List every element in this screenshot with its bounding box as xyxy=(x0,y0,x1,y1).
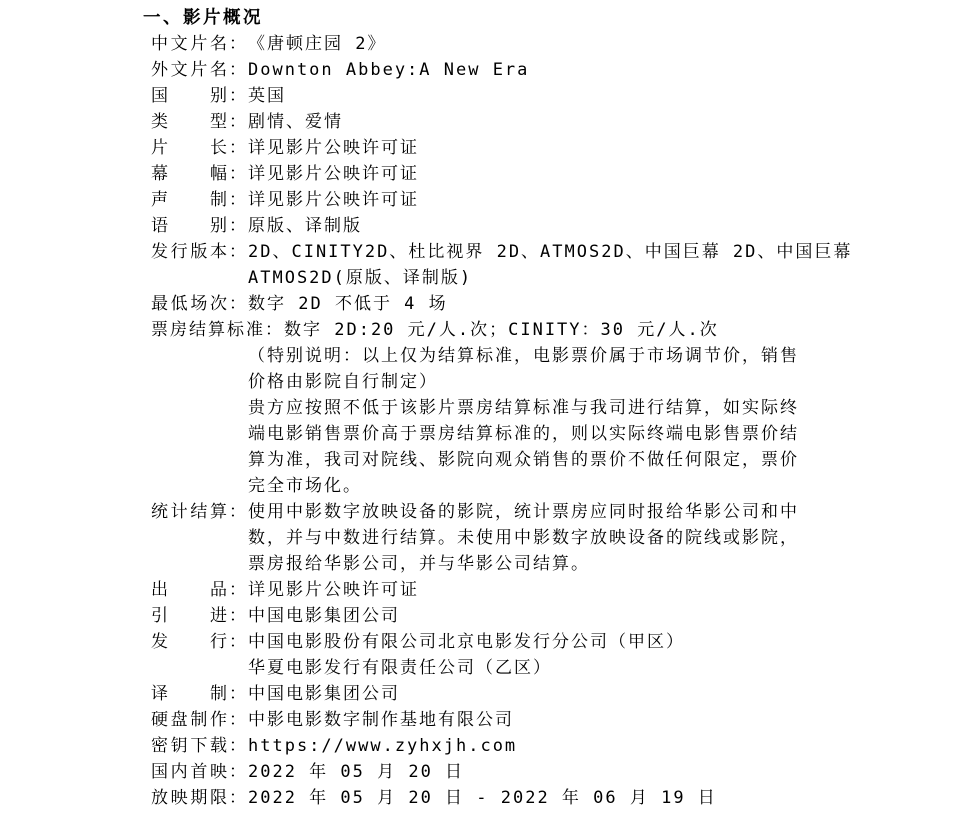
label-colon: ： xyxy=(229,213,248,239)
label-chinese-title: 中文片名 xyxy=(151,31,229,57)
label-colon: ： xyxy=(229,499,248,525)
field-row-statistics-settlement: 统计结算：使用中影数字放映设备的影院，统计票房应同时报给华影公司和中 数，并与中… xyxy=(151,499,936,577)
label-foreign-title: 外文片名 xyxy=(151,57,229,83)
label-translation: 译制 xyxy=(151,681,229,707)
label-colon: ： xyxy=(229,681,248,707)
label-country: 国别 xyxy=(151,83,229,109)
value-screen-format: 详见影片公映许可证 xyxy=(248,161,419,187)
field-row-language-version: 语别：原版、译制版 xyxy=(151,213,936,239)
field-row-distribution: 发行：中国电影股份有限公司北京电影发行分公司（甲区） 华夏电影发行有限责任公司（… xyxy=(151,629,936,681)
label-domestic-premiere: 国内首映 xyxy=(151,759,229,785)
label-colon: ： xyxy=(229,135,248,161)
value-production: 详见影片公映许可证 xyxy=(248,577,419,603)
field-row-screening-period: 放映期限：2022 年 05 月 20 日 - 2022 年 06 月 19 日 xyxy=(151,785,936,811)
field-row-screen-format: 幕幅：详见影片公映许可证 xyxy=(151,161,936,187)
field-row-hdd-production: 硬盘制作：中影电影数字制作基地有限公司 xyxy=(151,707,936,733)
label-release-versions: 发行版本 xyxy=(151,239,229,265)
value-sound-system: 详见影片公映许可证 xyxy=(248,187,419,213)
value-import: 中国电影集团公司 xyxy=(248,603,400,629)
field-row-minimum-screenings: 最低场次：数字 2D 不低于 4 场 xyxy=(151,291,936,317)
field-row-domestic-premiere: 国内首映：2022 年 05 月 20 日 xyxy=(151,759,936,785)
field-row-film-length: 片长：详见影片公映许可证 xyxy=(151,135,936,161)
label-settlement-standard: 票房结算标准 xyxy=(151,317,265,343)
label-colon: ： xyxy=(229,239,248,265)
field-row-release-versions: 发行版本：2D、CINITY2D、杜比视界 2D、ATMOS2D、中国巨幕 2D… xyxy=(151,239,936,291)
label-distribution: 发行 xyxy=(151,629,229,655)
value-translation: 中国电影集团公司 xyxy=(248,681,400,707)
label-colon: ： xyxy=(229,161,248,187)
label-colon: ： xyxy=(229,629,248,655)
label-colon: ： xyxy=(229,57,248,83)
label-import: 引进 xyxy=(151,603,229,629)
field-row-sound-system: 声制：详见影片公映许可证 xyxy=(151,187,936,213)
key-download-url: https://www.zyhxjh.com xyxy=(248,733,517,759)
label-screening-period: 放映期限 xyxy=(151,785,229,811)
value-foreign-title: Downton Abbey:A New Era xyxy=(248,57,529,83)
label-key-download: 密钥下载 xyxy=(151,733,229,759)
label-colon: ： xyxy=(229,109,248,135)
label-screen-format: 幕幅 xyxy=(151,161,229,187)
field-row-country: 国别：英国 xyxy=(151,83,936,109)
value-film-length: 详见影片公映许可证 xyxy=(248,135,419,161)
label-colon: ： xyxy=(229,603,248,629)
label-film-length: 片长 xyxy=(151,135,229,161)
label-colon: ： xyxy=(229,577,248,603)
label-colon: ： xyxy=(229,187,248,213)
label-minimum-screenings: 最低场次 xyxy=(151,291,229,317)
field-row-foreign-title: 外文片名：Downton Abbey:A New Era xyxy=(151,57,936,83)
field-row-import: 引进：中国电影集团公司 xyxy=(151,603,936,629)
field-row-chinese-title: 中文片名：《唐顿庄园 2》 xyxy=(151,31,936,57)
document-page: 一、影片概况 中文片名：《唐顿庄园 2》 外文片名：Downton Abbey:… xyxy=(0,0,966,816)
field-row-settlement-special-note: ：（特别说明：以上仅为结算标准，电影票价属于市场调节价，销售 价格由影院自行制定… xyxy=(151,343,936,499)
section-title: 一、影片概况 xyxy=(143,5,936,31)
field-row-genre: 类型：剧情、爱情 xyxy=(151,109,936,135)
value-settlement-special-note: （特别说明：以上仅为结算标准，电影票价属于市场调节价，销售 价格由影院自行制定）… xyxy=(248,343,799,499)
field-row-translation: 译制：中国电影集团公司 xyxy=(151,681,936,707)
value-hdd-production: 中影电影数字制作基地有限公司 xyxy=(248,707,514,733)
label-colon: ： xyxy=(265,317,284,343)
label-production: 出品 xyxy=(151,577,229,603)
field-row-settlement-standard: 票房结算标准：数字 2D:20 元/人.次；CINITY：30 元/人.次 xyxy=(151,317,936,343)
value-release-versions: 2D、CINITY2D、杜比视界 2D、ATMOS2D、中国巨幕 2D、中国巨幕… xyxy=(248,239,852,291)
label-colon: ： xyxy=(229,83,248,109)
value-chinese-title: 《唐顿庄园 2》 xyxy=(248,31,386,57)
label-statistics-settlement: 统计结算 xyxy=(151,499,229,525)
field-row-key-download: 密钥下载：https://www.zyhxjh.com xyxy=(151,733,936,759)
label-hdd-production: 硬盘制作 xyxy=(151,707,229,733)
value-genre: 剧情、爱情 xyxy=(248,109,343,135)
label-genre: 类型 xyxy=(151,109,229,135)
value-minimum-screenings: 数字 2D 不低于 4 场 xyxy=(248,291,448,317)
label-colon: ： xyxy=(229,707,248,733)
value-language-version: 原版、译制版 xyxy=(248,213,362,239)
label-colon: ： xyxy=(229,31,248,57)
label-colon: ： xyxy=(229,759,248,785)
field-row-production: 出品：详见影片公映许可证 xyxy=(151,577,936,603)
value-settlement-standard: 数字 2D:20 元/人.次；CINITY：30 元/人.次 xyxy=(284,317,719,343)
label-sound-system: 声制 xyxy=(151,187,229,213)
label-colon: ： xyxy=(229,291,248,317)
value-domestic-premiere: 2022 年 05 月 20 日 xyxy=(248,759,464,785)
label-language-version: 语别 xyxy=(151,213,229,239)
label-colon: ： xyxy=(229,785,248,811)
value-screening-period: 2022 年 05 月 20 日 - 2022 年 06 月 19 日 xyxy=(248,785,717,811)
label-colon: ： xyxy=(229,733,248,759)
value-distribution: 中国电影股份有限公司北京电影发行分公司（甲区） 华夏电影发行有限责任公司（乙区） xyxy=(248,629,685,681)
value-country: 英国 xyxy=(248,83,286,109)
value-statistics-settlement: 使用中影数字放映设备的影院，统计票房应同时报给华影公司和中 数，并与中数进行结算… xyxy=(248,499,799,577)
